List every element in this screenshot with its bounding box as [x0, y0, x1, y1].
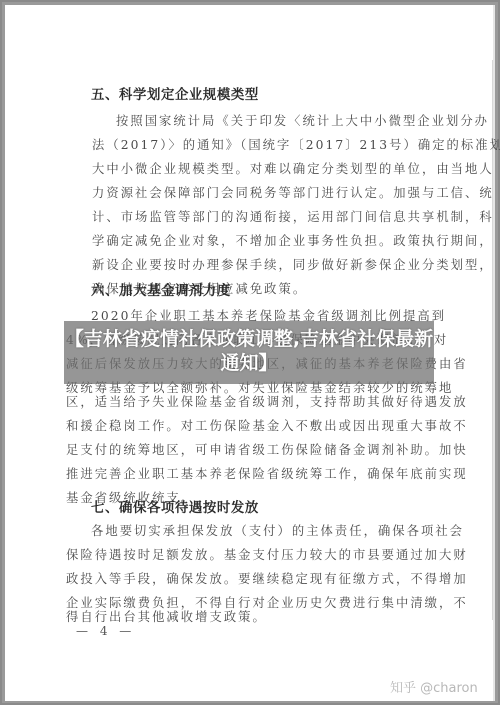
section-5-line-1: 按照国家统计局《关于印发〈统计上大中小微型企业划分办 — [116, 111, 489, 129]
section-7-line-5: 得自行出台其他减收增支政策。 — [66, 607, 267, 625]
watermark: 知乎 @charon — [390, 677, 478, 696]
section-5-heading: 五、科学划定企业规模类型 — [91, 84, 259, 103]
section-5-line-4: 力资源社会保障部门会同税务等部门进行认定。加强与工信、统 — [92, 183, 494, 201]
section-6-line-8: 推进完善企业职工基本养老保险省级统筹工作，确保年底前实现 — [66, 464, 468, 482]
section-5-line-2: 法（2017）〉的通知》（国统字〔2017〕213号）确定的标准划分 — [92, 135, 500, 153]
section-5-line-7: 新设企业要按时办理参保手续，同步做好新参保企业分类划型， — [92, 255, 494, 273]
section-5-line-3: 大中小微企业规模类型。对难以确定分类划型的单位，由当地人 — [92, 159, 494, 177]
section-7-line-1: 各地要切实承担保发放（支付）的主体责任，确保各项社会 — [91, 521, 464, 539]
section-6-line-5: 区，适当给予失业保险基金省级调剂，支持帮助其做好待遇发放 — [66, 392, 468, 410]
article-title: 【吉林省疫情社保政策调整,吉林省社保最新通知】 — [64, 321, 434, 384]
section-6-heading: 六、加大基金调剂力度 — [91, 280, 231, 299]
section-7-heading: 七、确保各项待遇按时发放 — [91, 497, 259, 516]
section-7-line-3: 政投入等手段，确保发放。要继续稳定现有征缴方式，不得增加 — [66, 569, 468, 587]
section-6-line-6: 和援企稳岗工作。对工伤保险基金入不敷出或因出现重大事故不 — [66, 416, 468, 434]
section-7-line-2: 保险待遇按时足额发放。基金支付压力较大的市县要通过加大财 — [66, 545, 468, 563]
page-number: — 4 — — [76, 624, 135, 638]
section-6-line-7: 足支付的统筹地区，可申请省级工伤保险储备金调剂补助。加快 — [66, 440, 468, 458]
section-5-line-6: 学确定减免企业对象，不增加企业事务性负担。政策执行期间， — [92, 231, 494, 249]
section-5-line-5: 计、市场监管等部门的沟通衔接，运用部门间信息共享机制，科 — [92, 207, 494, 225]
